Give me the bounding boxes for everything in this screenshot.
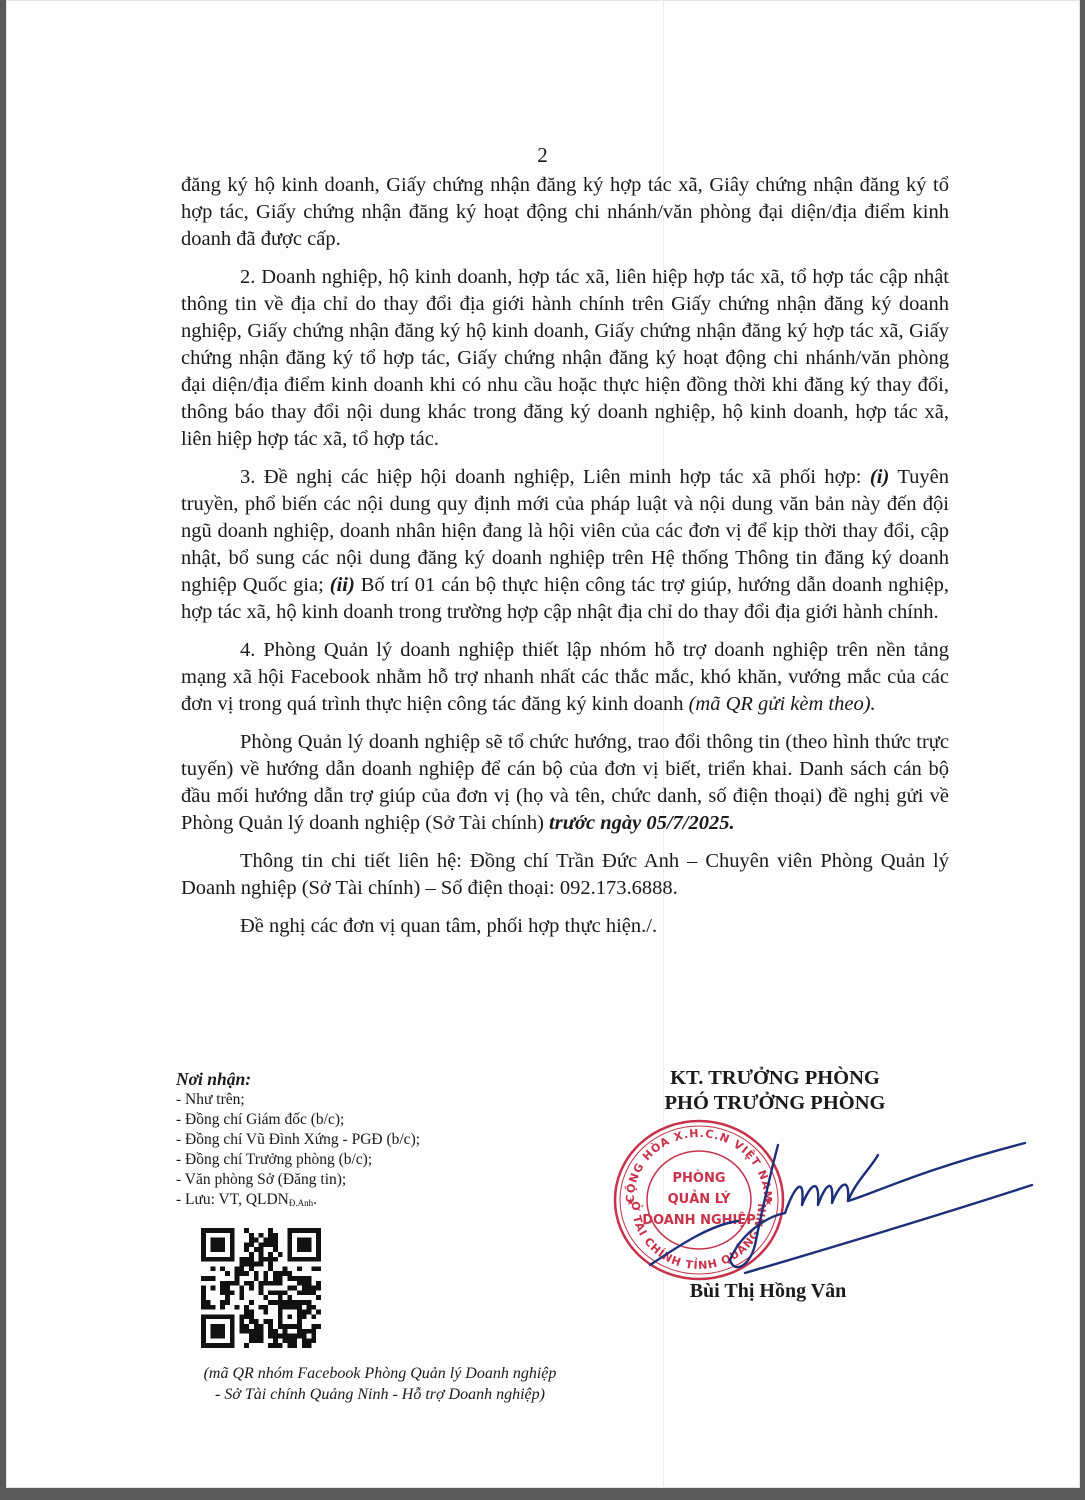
qr-code-icon (201, 1228, 321, 1348)
recipient-item: - Văn phòng Sở (Đăng tin); (176, 1170, 476, 1190)
qr-note: (mã QR gửi kèm theo). (689, 693, 876, 715)
contact-info: Thông tin chi tiết liên hệ: Đồng chí Trầ… (181, 848, 949, 902)
paragraph-2: 2. Doanh nghiệp, hộ kinh doanh, hợp tác … (181, 264, 949, 453)
page-number: 2 (0, 143, 1085, 168)
recipient-item: - Đồng chí Vũ Đình Xứng - PGĐ (b/c); (176, 1130, 476, 1150)
recipients-title: Nơi nhận: (176, 1068, 476, 1090)
document-body: đăng ký hộ kinh doanh, Giấy chứng nhận đ… (181, 172, 949, 940)
qr-caption-line-2: - Sở Tài chính Quảng Ninh - Hỗ trợ Doanh… (165, 1384, 595, 1405)
item-ii-label: (ii) (330, 574, 355, 596)
archive-suffix: Đ.Anh (289, 1198, 313, 1208)
recipients-block: Nơi nhận: - Như trên; - Đồng chí Giám đố… (176, 1068, 476, 1213)
qr-caption-line-1: (mã QR nhóm Facebook Phòng Quản lý Doanh… (165, 1363, 595, 1384)
recipient-item: - Đồng chí Giám đốc (b/c); (176, 1110, 476, 1130)
paragraph-3: 3. Đề nghị các hiệp hội doanh nghiệp, Li… (181, 464, 949, 626)
archive-end: . (313, 1191, 317, 1208)
signer-name: Bùi Thị Hồng Vân (638, 1280, 898, 1303)
paragraph-continuation: đăng ký hộ kinh doanh, Giấy chứng nhận đ… (181, 172, 949, 253)
signature-title: KT. TRƯỞNG PHÒNG PHÓ TRƯỞNG PHÒNG (610, 1066, 940, 1116)
deadline: trước ngày 05/7/2025. (549, 812, 735, 834)
handwritten-signature-icon (620, 1125, 1040, 1285)
paragraph-5: Phòng Quản lý doanh nghiệp sẽ tổ chức hư… (181, 729, 949, 837)
signature-line-2: PHÓ TRƯỞNG PHÒNG (610, 1091, 940, 1116)
recipient-item: - Như trên; (176, 1090, 476, 1110)
closing-request: Đề nghị các đơn vị quan tâm, phối hợp th… (181, 913, 949, 940)
item-i-label: (i) (870, 466, 889, 488)
qr-caption: (mã QR nhóm Facebook Phòng Quản lý Doanh… (165, 1363, 595, 1405)
paragraph-4: 4. Phòng Quản lý doanh nghiệp thiết lập … (181, 637, 949, 718)
archive-text: - Lưu: VT, QLDN (176, 1191, 289, 1208)
paragraph-3-text-a: 3. Đề nghị các hiệp hội doanh nghiệp, Li… (240, 466, 870, 488)
signature-line-1: KT. TRƯỞNG PHÒNG (610, 1066, 940, 1091)
recipient-item: - Đồng chí Trưởng phòng (b/c); (176, 1150, 476, 1170)
recipient-item-archive: - Lưu: VT, QLDNĐ.Anh. (176, 1190, 476, 1213)
